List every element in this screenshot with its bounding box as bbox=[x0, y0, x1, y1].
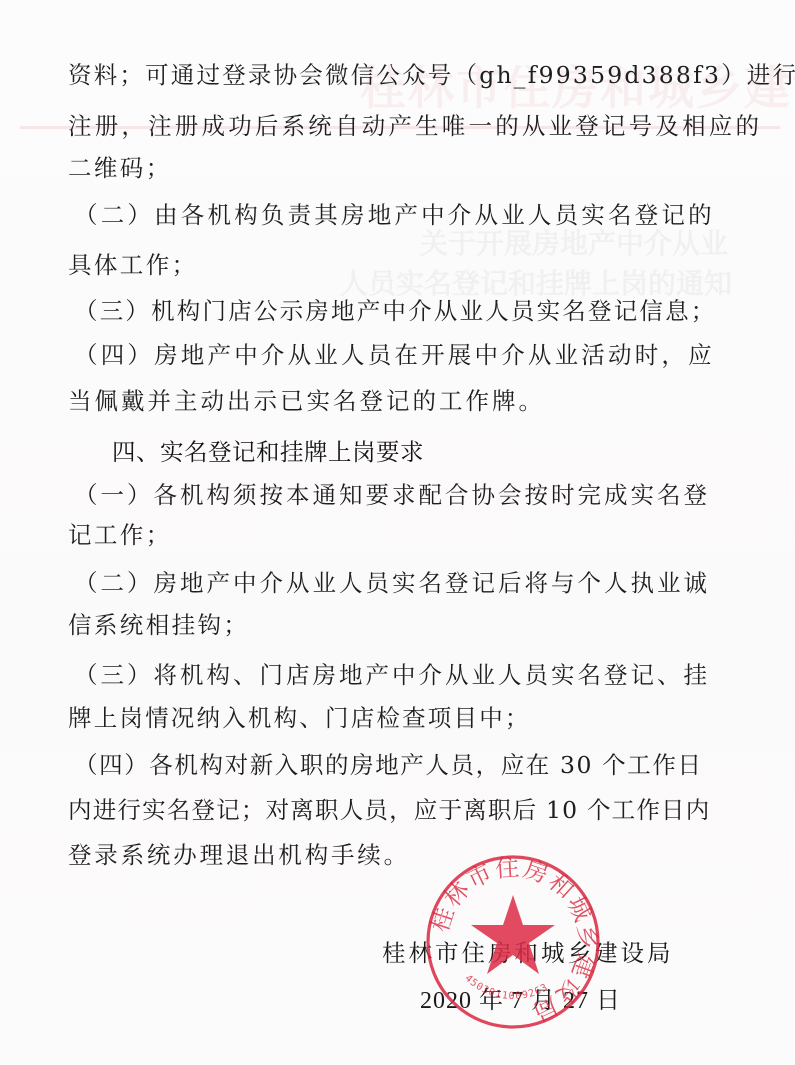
item-2-line-1: （二）由各机构负责其房地产中介从业人员实名登记的 bbox=[74, 200, 715, 230]
item-2-line-2-text: 具体工作； bbox=[68, 251, 198, 279]
item-4-line-1: （四）房地产中介从业人员在开展中介从业活动时，应 bbox=[74, 340, 715, 370]
section-item-1-line-2-text: 记工作； bbox=[68, 521, 172, 549]
section-item-3-line-2: 牌上岗情况纳入机构、门店检查项目中； bbox=[68, 703, 531, 733]
section-item-1-line-1: （一）各机构须按本通知要求配合协会按时完成实名登 bbox=[74, 480, 710, 510]
body-line-1-text: 资料；可通过登录协会微信公众号（gh_f99359d388f3）进行 bbox=[68, 61, 795, 89]
section-item-2-line-2: 信系统相挂钩； bbox=[68, 610, 249, 640]
section-item-2-line-1-text: （二）房地产中介从业人员实名登记后将与个人执业诚 bbox=[74, 569, 710, 597]
body-line-1: 资料；可通过登录协会微信公众号（gh_f99359d388f3）进行 bbox=[68, 60, 795, 90]
item-4-line-2-text: 当佩戴并主动出示已实名登记的工作牌。 bbox=[68, 387, 545, 415]
section-item-3-line-1-text: （三）将机构、门店房地产中介从业人员实名登记、挂 bbox=[74, 661, 710, 689]
section-item-4-line-2-text: 内进行实名登记；对离职人员，应于离职后 10 个工作日内 bbox=[68, 796, 710, 824]
item-2-line-1-text: （二）由各机构负责其房地产中介从业人员实名登记的 bbox=[74, 201, 715, 229]
item-3-line-1: （三）机构门店公示房地产中介从业人员实名登记信息； bbox=[74, 296, 717, 326]
section-item-3-line-1: （三）将机构、门店房地产中介从业人员实名登记、挂 bbox=[74, 660, 710, 690]
item-4-line-2: 当佩戴并主动出示已实名登记的工作牌。 bbox=[68, 386, 545, 416]
section-item-4-line-3-text: 登录系统办理退出机构手续。 bbox=[68, 841, 410, 869]
section-item-4-line-1: （四）各机构对新入职的房地产人员，应在 30 个工作日 bbox=[74, 750, 703, 780]
section-heading: 四、实名登记和挂牌上岗要求 bbox=[112, 437, 424, 467]
official-seal-icon: 桂林市住房和城乡建设局 4503011009263 bbox=[424, 853, 602, 1031]
item-4-line-1-text: （四）房地产中介从业人员在开展中介从业活动时，应 bbox=[74, 341, 715, 369]
section-item-1-line-2: 记工作； bbox=[68, 520, 172, 550]
section-item-1-line-1-text: （一）各机构须按本通知要求配合协会按时完成实名登 bbox=[74, 481, 710, 509]
section-heading-text: 四、实名登记和挂牌上岗要求 bbox=[112, 438, 424, 466]
section-item-4-line-3: 登录系统办理退出机构手续。 bbox=[68, 840, 410, 870]
body-line-2-text: 注册，注册成功后系统自动产生唯一的从业登记号及相应的 bbox=[68, 112, 762, 140]
section-item-3-line-2-text: 牌上岗情况纳入机构、门店检查项目中； bbox=[68, 704, 531, 732]
section-item-2-line-1: （二）房地产中介从业人员实名登记后将与个人执业诚 bbox=[74, 568, 710, 598]
item-3-line-1-text: （三）机构门店公示房地产中介从业人员实名登记信息； bbox=[74, 297, 717, 325]
section-item-4-line-1-text: （四）各机构对新入职的房地产人员，应在 30 个工作日 bbox=[74, 751, 703, 779]
body-line-3: 二维码； bbox=[68, 153, 172, 183]
section-item-4-line-2: 内进行实名登记；对离职人员，应于离职后 10 个工作日内 bbox=[68, 795, 710, 825]
body-line-2: 注册，注册成功后系统自动产生唯一的从业登记号及相应的 bbox=[68, 111, 762, 141]
document-page: 桂林市住房和城乡建设局 关于开展房地产中介从业 人员实名登记和挂牌上岗的通知 资… bbox=[0, 0, 795, 1065]
item-2-line-2: 具体工作； bbox=[68, 250, 198, 280]
section-item-2-line-2-text: 信系统相挂钩； bbox=[68, 611, 249, 639]
body-line-3-text: 二维码； bbox=[68, 154, 172, 182]
